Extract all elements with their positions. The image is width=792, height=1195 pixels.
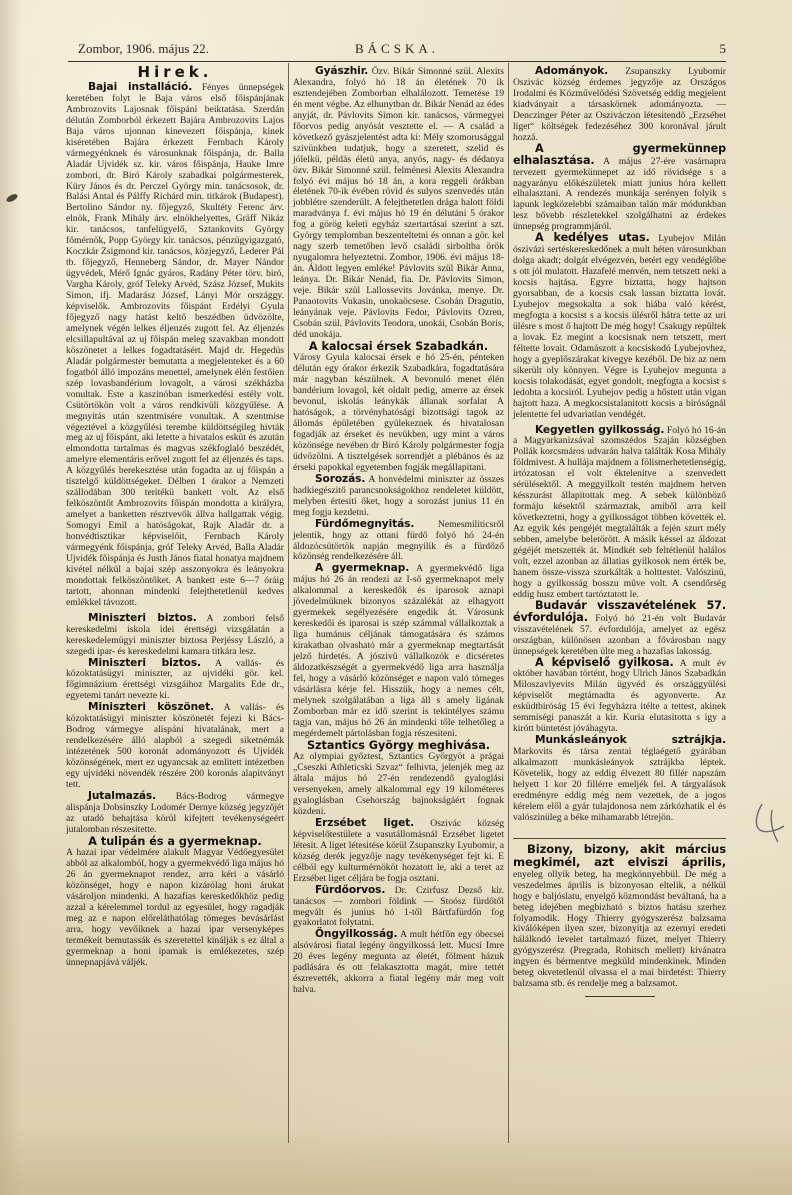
article-text: Markovits és társa zentai téglaégető gyá… — [513, 746, 726, 823]
article-headline: Fürdőorvos. — [315, 884, 385, 896]
advertisement-end-rule — [585, 996, 655, 997]
article-miniszteri-biztos-1: Miniszteri biztos. A zombori felső keres… — [66, 613, 284, 658]
article-columns: Hirek. Bajai installáció. Fényes ünnepsé… — [64, 63, 730, 1143]
article-miniszteri-koszonet: Miniszteri köszönet. A vallás- és közokt… — [66, 702, 284, 791]
article-text: A május 27-ére vasárnapra tervezett gyer… — [513, 156, 726, 233]
article-adomanyok: Adományok. Zsupanszky Lyubomir Oszivác k… — [513, 66, 726, 144]
article-headline: A kedélyes utas. — [535, 231, 650, 244]
advertisement-thierry-balsam: Bizony, bizony, akit március megkimél, a… — [513, 838, 726, 997]
article-headline: Fürdőmegnyitás. — [315, 518, 414, 530]
article-text-tulipan: A hazai ipar védelmére alakult Magyar Vé… — [66, 848, 284, 968]
article-jutalmazas: Jutalmazás. Bács-Bodrog vármegye alispán… — [66, 791, 284, 836]
article-text: A vallás- és közoktatásügyi miniszter kö… — [66, 702, 284, 790]
article-text-kalocsai-ersek: Városy Gyula kalocsai érsek e hó 25-én, … — [293, 353, 504, 473]
article-headline: A gyermeknap. — [315, 562, 409, 574]
article-headline: Öngyilkosság. — [315, 928, 397, 940]
advertisement-text: enyeleg ollyik beteg, ha megkönnyebbül. … — [513, 869, 726, 990]
article-gyaszhir: Gyászhir. Özv. Bikár Simonné szül. Alexi… — [293, 66, 504, 341]
article-headline: Sorozás. — [315, 473, 365, 485]
issue-date: Zombor, 1906. május 22. — [68, 41, 268, 57]
article-headline: Munkásleányok sztrájkja. — [535, 734, 726, 746]
article-budavar: Budavár visszavételének 57. évfordulója.… — [513, 601, 726, 658]
advertisement-body: Bizony, bizony, akit március megkimél, a… — [513, 844, 726, 990]
article-headline: Adományok. — [535, 65, 608, 77]
article-ongyilkossag: Öngyilkosság. A mult hétfőn egy óbecsei … — [293, 929, 504, 996]
advertisement-headline: Bizony, bizony, akit március megkimél, a… — [513, 842, 726, 869]
article-text: Zsupanszky Lyubomir Oszivác község érdem… — [513, 66, 726, 143]
article-headline: Erzsébet liget. — [315, 817, 414, 829]
column-1: Hirek. Bajai installáció. Fényes ünnepsé… — [64, 63, 288, 1143]
article-gyermeknap: A gyermeknap. A gyermekvédő liga május h… — [293, 563, 504, 739]
column-2: Gyászhir. Özv. Bikár Simonné szül. Alexi… — [288, 63, 508, 1143]
article-headline: Kegyetlen gyilkosság. — [535, 424, 664, 436]
article-bajai-installacio: Bajai installáció. Fényes ünnepségek ker… — [66, 82, 284, 609]
article-headline: Bajai installáció. — [88, 81, 192, 93]
column-3: Adományok. Zsupanszky Lyubomir Oszivác k… — [508, 63, 730, 1143]
article-text: Fényes ünnepségek keretében folyt le Baj… — [66, 82, 284, 608]
page-header: Zombor, 1906. május 22. BÁCSKA. 5 — [68, 36, 726, 62]
article-kepviselo-gyilkosa: A képviselő gyilkosa. A mult év október … — [513, 658, 726, 736]
article-miniszteri-biztos-2: Miniszteri biztos. A vallás- és közoktat… — [66, 658, 284, 703]
article-headline: Gyászhir. — [315, 65, 368, 77]
article-headline: Jutalmazás. — [88, 790, 156, 802]
article-headline: A képviselő gyilkosa. — [535, 656, 674, 669]
article-headline: Miniszteri biztos. — [88, 657, 201, 669]
article-text: A mult év október havában történt, hogy … — [513, 658, 726, 735]
article-kedelyes-utas: A kedélyes utas. Lyubejov Milán ószivázi… — [513, 233, 726, 420]
article-text: Özv. Bikár Simonné szül. Alexits Alexand… — [293, 66, 504, 340]
article-furdoorvos: Fürdőorvos. Dr. Czirfusz Dezső kir. taná… — [293, 885, 504, 930]
article-text: Folyó hó 16-án a Magyarkanizsával szomsz… — [513, 425, 726, 600]
article-erzsebet-liget: Erzsébet liget. Oszivác község képviselő… — [293, 818, 504, 885]
handwritten-mark-icon — [752, 800, 788, 846]
page-number: 5 — [526, 41, 726, 57]
article-sorozas: Sorozás. A honvédelmi miniszter az össze… — [293, 474, 504, 519]
article-gyermekunnep: A gyermekünnep elhalasztása. A május 27-… — [513, 144, 726, 234]
newspaper-title: BÁCSKA. — [355, 41, 439, 57]
article-munkasleanyok-sztrajkja: Munkásleányok sztrájkja. Markovits és tá… — [513, 735, 726, 824]
article-text-sztantics: Az olympiai győztest, Sztantics Györgyöt… — [293, 752, 504, 818]
article-headline: Miniszteri köszönet. — [88, 701, 214, 713]
article-text: Lyubejov Milán ószivázi sertéskereskedőn… — [513, 233, 726, 419]
article-furdomegnyitas: Fürdőmegnyitás. Nemesmiliticsről jelenti… — [293, 519, 504, 564]
article-text: A gyermekvédő liga május hó 26 án rendez… — [293, 563, 504, 738]
section-title-hirek: Hirek. — [66, 67, 284, 78]
article-kegyetlen-gyilkossag: Kegyetlen gyilkosság. Folyó hó 16-án a M… — [513, 425, 726, 601]
page-edge-shadow — [0, 0, 22, 1195]
article-headline: Miniszteri biztos. — [88, 612, 197, 624]
